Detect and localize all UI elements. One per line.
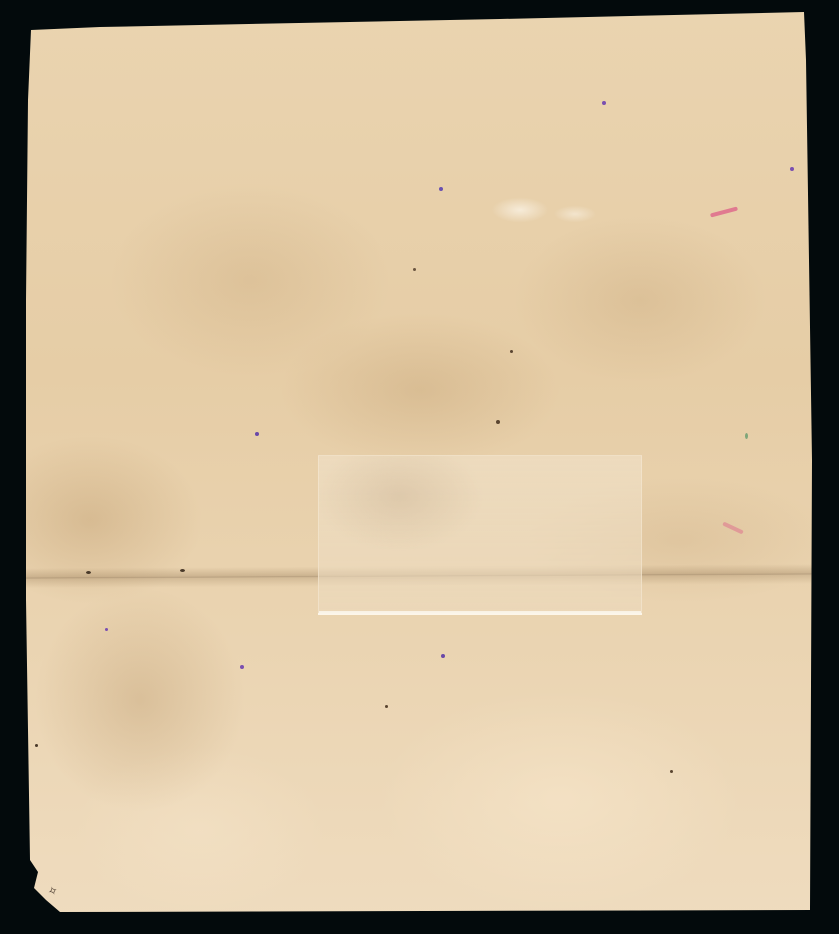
speck: [180, 569, 185, 572]
fiber-dot: [790, 167, 794, 171]
hinge-remnant: [318, 455, 642, 613]
speck: [385, 705, 388, 708]
fiber-dot: [441, 654, 445, 658]
speck: [510, 350, 513, 353]
faded-mark: [490, 192, 600, 232]
pink-fiber: [722, 522, 744, 535]
speck: [670, 770, 673, 773]
speck: [496, 420, 500, 424]
fiber-dot: [240, 665, 244, 669]
fiber-dot: [105, 628, 108, 631]
speck: [35, 744, 38, 747]
stamp-photo: ✧: [0, 0, 839, 934]
speck: [413, 268, 416, 271]
fiber-dot: [602, 101, 606, 105]
stamp-paper: ✧: [0, 0, 839, 934]
speck: [745, 433, 748, 439]
edge-mark-icon: ✧: [46, 883, 60, 900]
fiber-dot: [439, 187, 443, 191]
fiber-dot: [255, 432, 259, 436]
pink-fiber: [710, 206, 738, 217]
speck: [86, 571, 91, 574]
